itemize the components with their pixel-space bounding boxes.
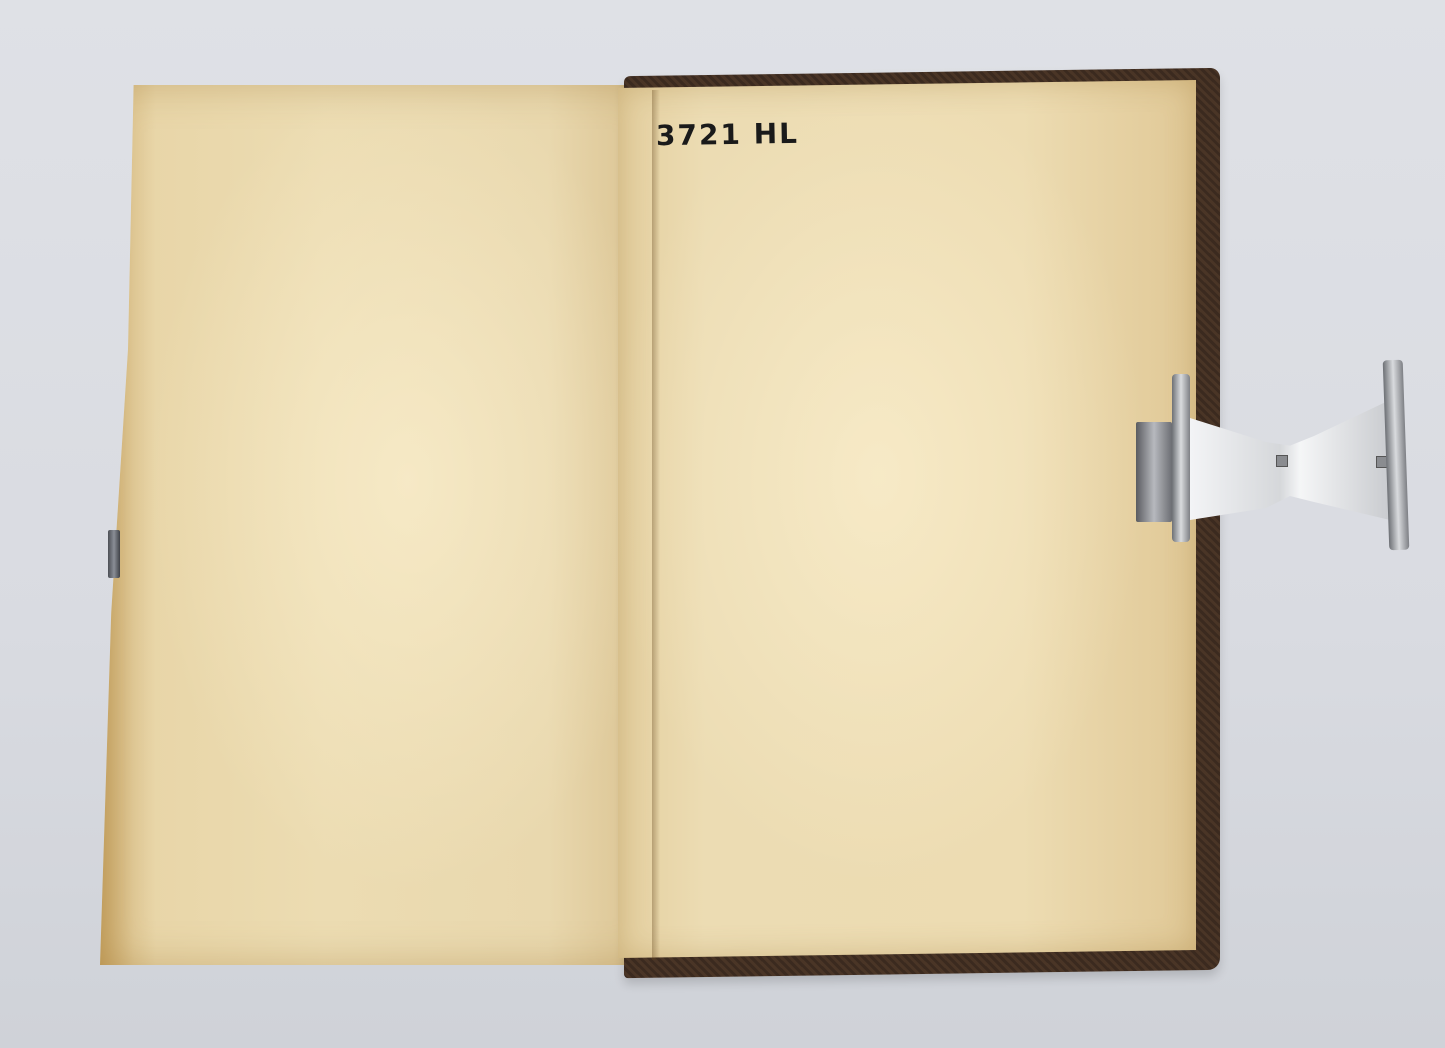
- book-photo: 3721 HL: [0, 0, 1445, 1048]
- clasp-bar-right: [1383, 360, 1410, 551]
- clasp-catch: [108, 530, 120, 578]
- silver-clasp: [1136, 360, 1436, 560]
- right-endpaper: [618, 80, 1196, 958]
- book-gutter: [652, 90, 660, 960]
- clasp-plate: [1190, 400, 1390, 520]
- handwritten-label: 3721 HL: [656, 117, 800, 152]
- clasp-hinge: [1136, 422, 1172, 522]
- left-endpaper: [100, 85, 660, 965]
- clasp-bar-left: [1172, 374, 1190, 542]
- hallmark: [1276, 455, 1288, 467]
